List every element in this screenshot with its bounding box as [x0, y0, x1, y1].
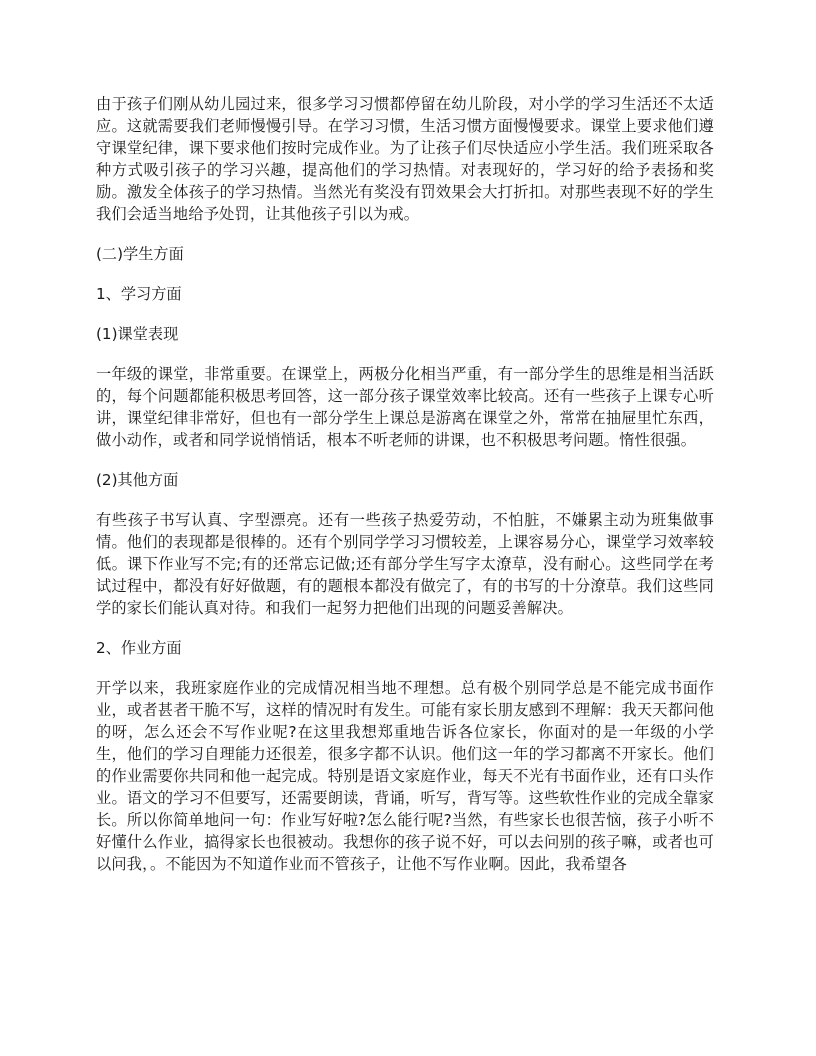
subsection-heading-classroom: (1)课堂表现	[96, 323, 714, 345]
paragraph-adaptation: 由于孩子们刚从幼儿园过来，很多学习习惯都停留在幼儿阶段，对小学的学习生活还不太适…	[96, 93, 714, 225]
paragraph-classroom: 一年级的课堂，非常重要。在课堂上，两极分化相当严重，有一部分学生的思维是相当活跃…	[96, 363, 714, 451]
subsection-heading-homework: 2、作业方面	[96, 637, 714, 659]
subsection-heading-study: 1、学习方面	[96, 283, 714, 305]
section-heading-students: (二)学生方面	[96, 243, 714, 265]
subsection-heading-other: (2)其他方面	[96, 469, 714, 491]
document-page: 由于孩子们刚从幼儿园过来，很多学习习惯都停留在幼儿阶段，对小学的学习生活还不太适…	[96, 93, 714, 893]
paragraph-other: 有些孩子书写认真、字型漂亮。还有一些孩子热爱劳动，不怕脏，不嫌累主动为班集做事情…	[96, 509, 714, 619]
paragraph-homework: 开学以来，我班家庭作业的完成情况相当地不理想。总有极个别同学总是不能完成书面作业…	[96, 677, 714, 875]
